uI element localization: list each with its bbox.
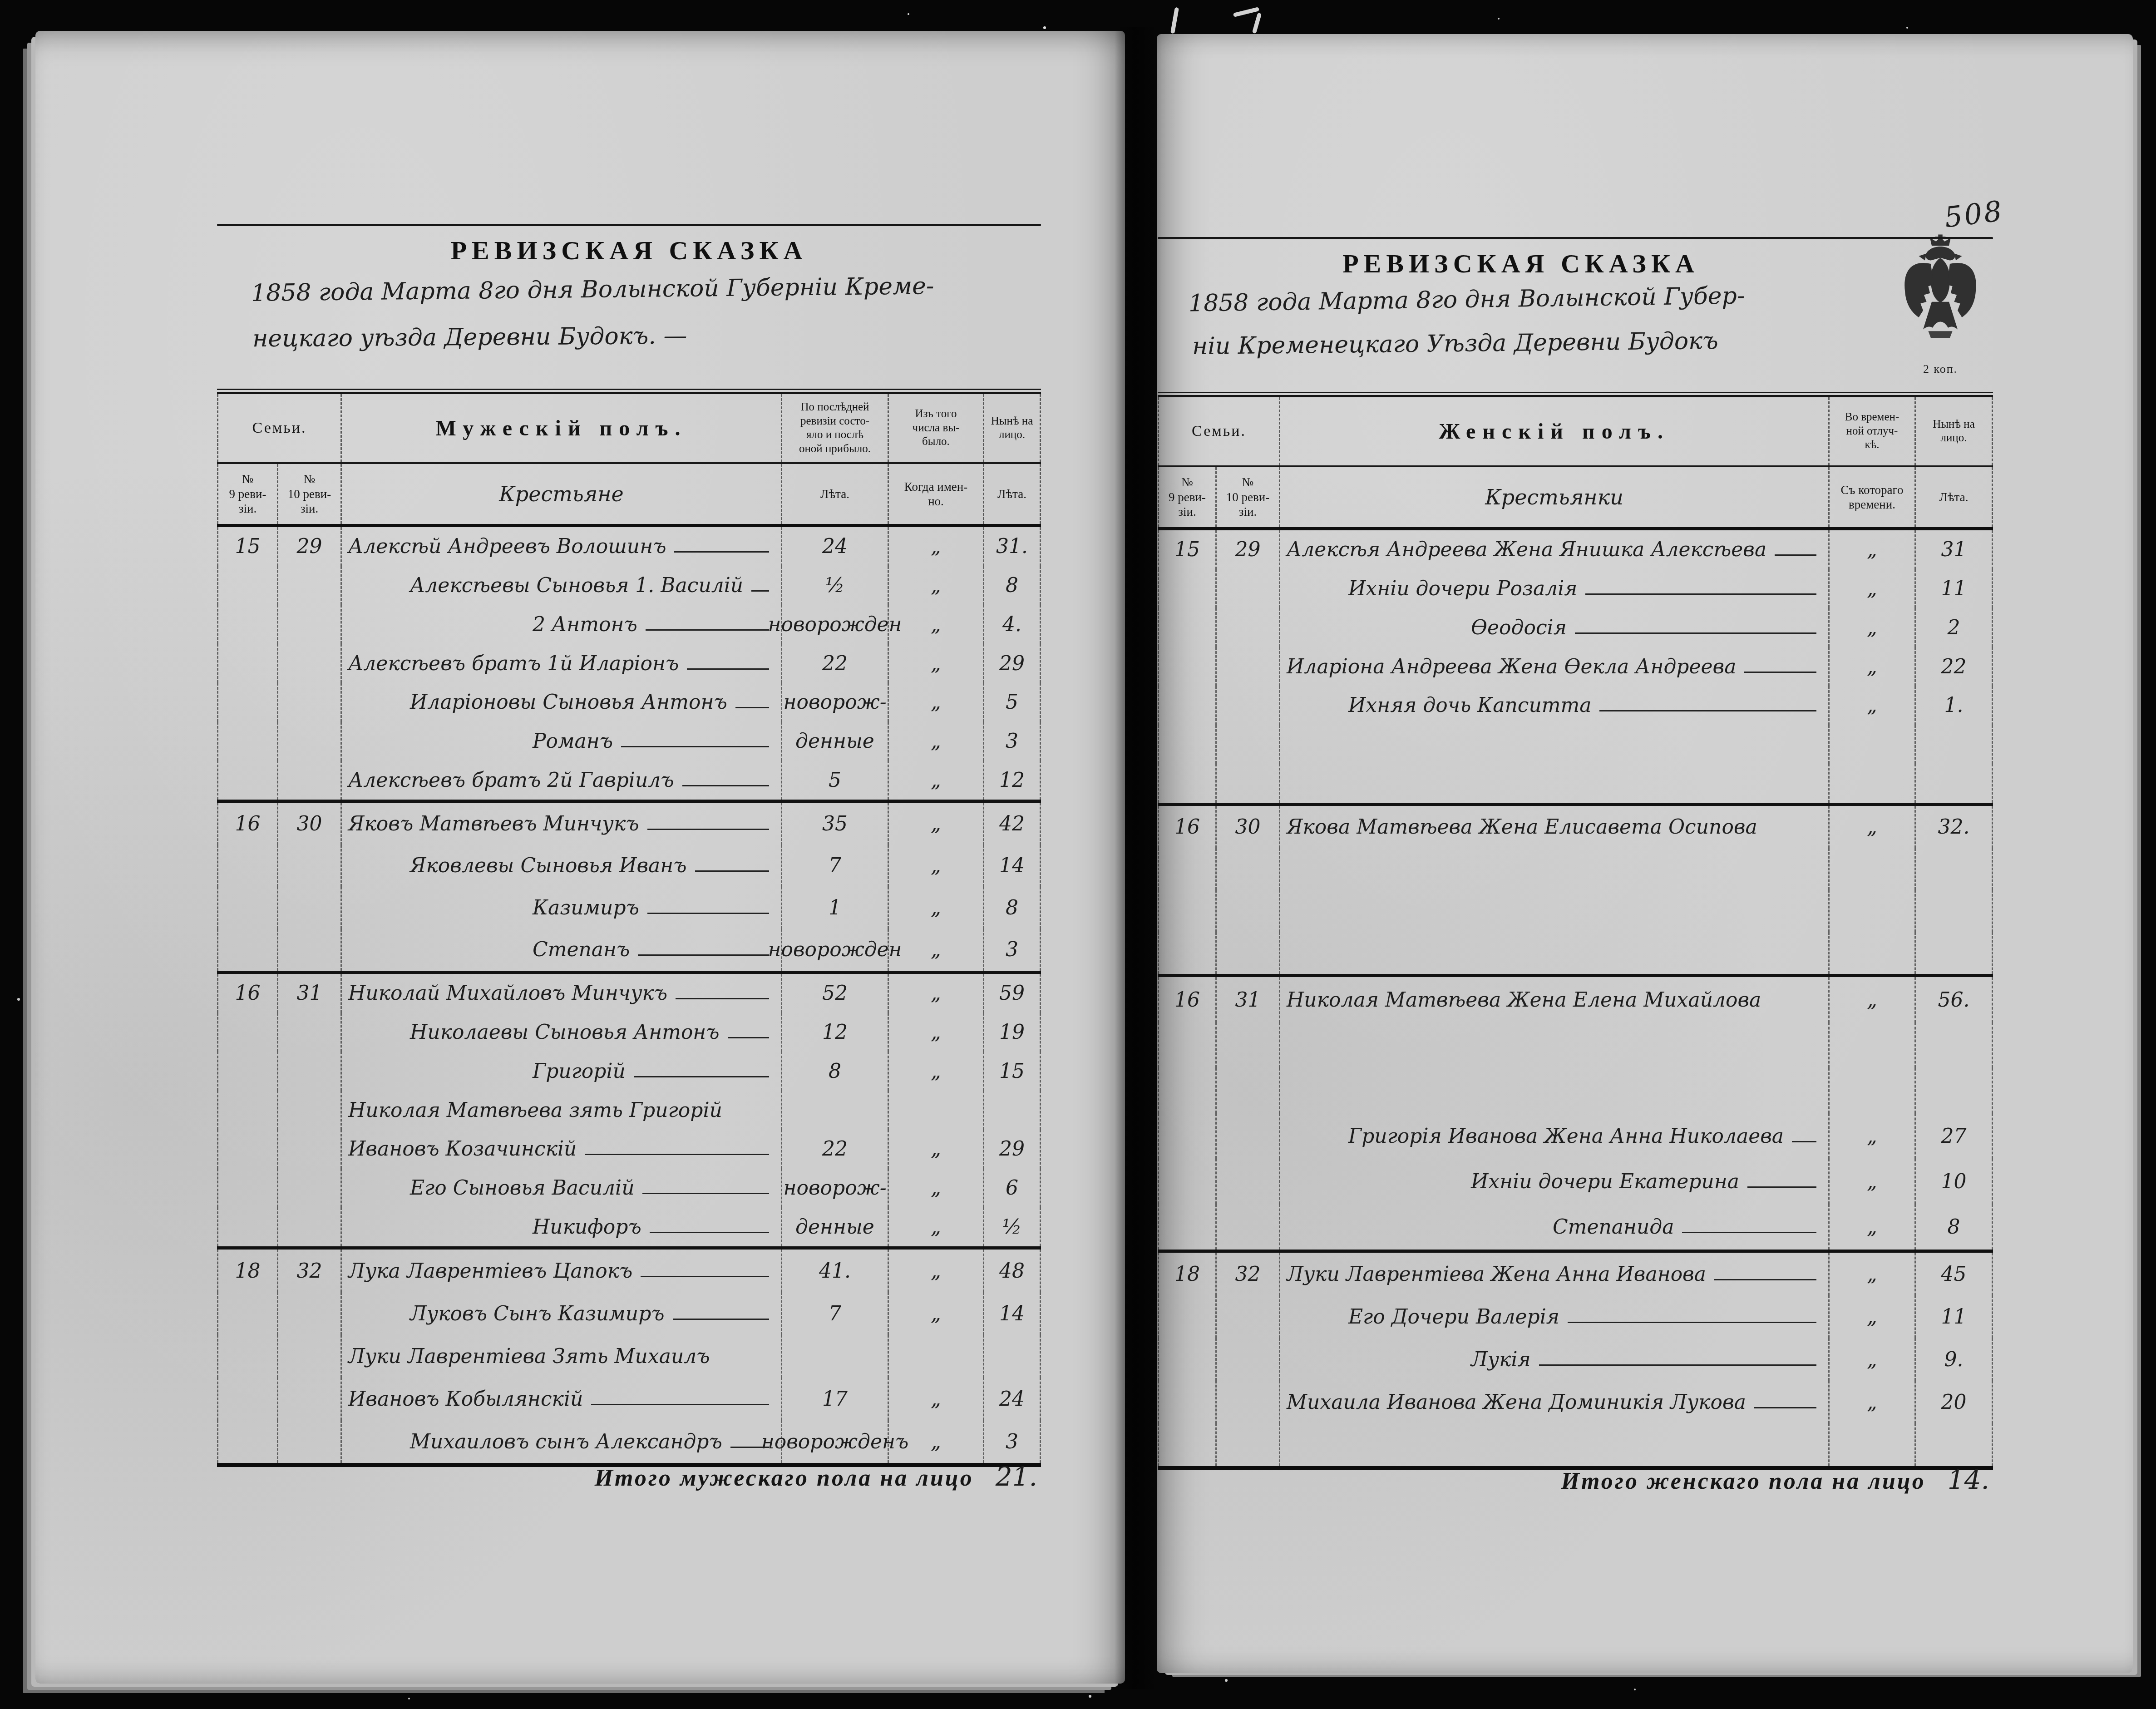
- male-total-row: Итого мужескаго пола на лицо 21.: [217, 1461, 1041, 1492]
- value-cell: ½: [984, 1207, 1041, 1246]
- person-name: Ихняя дочь Капситта: [1348, 694, 1591, 717]
- family-no-9th-revision: [1158, 1295, 1217, 1338]
- subcol-years: Лѣта.: [984, 464, 1041, 524]
- name-cell: Алексѣевъ братъ 2й Гавріилъ: [342, 761, 782, 800]
- person-row: Лукія„9.: [1158, 1338, 1993, 1381]
- family-no-10th-revision: [1217, 1295, 1280, 1338]
- person-row: Михаиловъ сынъ Александръноворожденъ„3: [217, 1420, 1041, 1463]
- family-no-9th-revision: [217, 1420, 278, 1463]
- name-cell: Николая Матвѣева Жена Елена Михайлова: [1280, 977, 1830, 1022]
- value-cell: 3: [984, 929, 1041, 971]
- value-cell: 22: [1916, 647, 1993, 686]
- family-no-9th-revision: [217, 887, 278, 929]
- family-no-9th-revision: [217, 1052, 278, 1091]
- family-no-9th-revision: 18: [217, 1250, 278, 1292]
- value-cell: [1916, 764, 1993, 803]
- name-cell: Григорій: [342, 1052, 782, 1091]
- value-cell: [1916, 890, 1993, 932]
- fill-rule: [638, 954, 769, 956]
- name-cell: Ивановъ Кобылянскій: [342, 1378, 782, 1420]
- value-cell: 8: [782, 1052, 889, 1091]
- value-cell: новорож-: [782, 683, 889, 722]
- person-name: Яковъ Матвѣевъ Минчукъ: [348, 812, 639, 835]
- family-no-10th-revision: [1217, 848, 1280, 890]
- dust-specks: [0, 0, 1, 1]
- family-no-10th-revision: [278, 1052, 342, 1091]
- value-cell: 14: [984, 1292, 1041, 1335]
- left-page: РЕВИЗСКАЯ СКАЗКА 1858 года Марта 8го дня…: [35, 31, 1125, 1684]
- value-cell: [984, 1091, 1041, 1130]
- person-row: Ѳеодосія„2: [1158, 608, 1993, 647]
- spacer-row: [1158, 1068, 1993, 1113]
- value-cell: 31: [1916, 530, 1993, 569]
- name-cell: Его Сыновья Василій: [342, 1169, 782, 1208]
- value-cell: [1830, 890, 1916, 932]
- person-row: 1631Николая Матвѣева Жена Елена Михайлов…: [1158, 977, 1993, 1022]
- name-cell: [1280, 1022, 1830, 1068]
- person-name: Никифоръ: [533, 1215, 641, 1239]
- value-cell: 35: [782, 803, 889, 845]
- family-no-9th-revision: [1158, 569, 1217, 608]
- heading-line-2: нецкаго уѣзда Деревни Будокъ. —: [252, 322, 687, 353]
- family-no-10th-revision: [1217, 1381, 1280, 1423]
- book-spine-shadow: [1115, 27, 1162, 1689]
- page-title: РЕВИЗСКАЯ СКАЗКА: [217, 235, 1041, 266]
- family-no-9th-revision: [217, 683, 278, 722]
- name-cell: Степанъ: [342, 929, 782, 971]
- family-no-10th-revision: [278, 1207, 342, 1246]
- subcol-when: Когда имен- но.: [889, 464, 984, 524]
- family-no-10th-revision: 32: [278, 1250, 342, 1292]
- family-no-10th-revision: [1217, 686, 1280, 725]
- family-no-10th-revision: [1217, 608, 1280, 647]
- value-cell: новорожденъ: [782, 1420, 889, 1463]
- family-no-10th-revision: [1217, 1204, 1280, 1250]
- fill-rule: [591, 1404, 769, 1405]
- subcol-9th-revision: № 9 реви- зіи.: [1158, 467, 1217, 527]
- person-name: Романъ: [533, 730, 613, 753]
- family-no-9th-revision: [1158, 1204, 1217, 1250]
- value-cell: [1830, 848, 1916, 890]
- family-no-10th-revision: [1217, 1113, 1280, 1159]
- person-name: Иларіона Андреева Жена Ѳекла Андреева: [1287, 655, 1736, 678]
- spacer-row: [1158, 1022, 1993, 1068]
- table-header: Семьи. Женскій полъ. Во времен- ной отлу…: [1158, 395, 1993, 530]
- family-no-10th-revision: [278, 845, 342, 887]
- value-cell: [1916, 848, 1993, 890]
- value-cell: „: [889, 929, 984, 971]
- person-name: Алексѣй Андреевъ Волошинъ: [348, 535, 666, 558]
- value-cell: 56.: [1916, 977, 1993, 1022]
- fill-rule: [735, 707, 769, 708]
- value-cell: 1.: [1916, 686, 1993, 725]
- name-cell: Ѳеодосія: [1280, 608, 1830, 647]
- family-no-9th-revision: [1158, 764, 1217, 803]
- person-name: Луки Лаврентіева Жена Анна Иванова: [1287, 1263, 1706, 1286]
- value-cell: 19: [984, 1013, 1041, 1052]
- family-no-9th-revision: 18: [1158, 1253, 1217, 1295]
- value-cell: 42: [984, 803, 1041, 845]
- fill-rule: [673, 1319, 769, 1320]
- chalk-mark: [1252, 13, 1262, 34]
- family-no-9th-revision: [217, 1207, 278, 1246]
- imperial-eagle-icon: [1897, 233, 1983, 366]
- family-block-32: 1832Луки Лаврентіева Жена Анна Иванова„4…: [1158, 1250, 1993, 1466]
- value-cell: 14: [984, 845, 1041, 887]
- value-cell: [1916, 725, 1993, 764]
- name-cell: Казимиръ: [342, 887, 782, 929]
- person-row: Ихняя дочь Капситта„1.: [1158, 686, 1993, 725]
- value-cell: 20: [1916, 1381, 1993, 1423]
- heading-line-2: ніи Кременецкаго Уѣзда Деревни Будокъ: [1192, 327, 1718, 360]
- fill-rule: [1744, 672, 1816, 673]
- family-no-10th-revision: [278, 1335, 342, 1378]
- value-cell: „: [889, 1207, 984, 1246]
- family-no-9th-revision: [1158, 1423, 1217, 1466]
- value-cell: „: [1830, 686, 1916, 725]
- name-cell: Луки Лаврентіева Зять Михаилъ: [342, 1335, 782, 1378]
- value-cell: 8: [984, 887, 1041, 929]
- name-cell: Его Дочери Валерія: [1280, 1295, 1830, 1338]
- col-families: Семьи.: [1158, 397, 1280, 465]
- value-cell: „: [889, 1169, 984, 1208]
- value-cell: „: [889, 605, 984, 644]
- spacer-row: [1158, 725, 1993, 764]
- family-no-9th-revision: [1158, 1338, 1217, 1381]
- table-body: 1529Алексѣй Андреевъ Волошинъ24„31.Алекс…: [217, 527, 1041, 1467]
- family-no-9th-revision: [1158, 608, 1217, 647]
- family-no-10th-revision: [278, 722, 342, 761]
- name-cell: Михаила Иванова Жена Доминикія Лукова: [1280, 1381, 1830, 1423]
- name-cell: Лукія: [1280, 1338, 1830, 1381]
- fill-rule: [1747, 1186, 1816, 1188]
- person-name: Алексѣевъ братъ 1й Иларіонъ: [348, 652, 679, 675]
- family-no-10th-revision: [278, 683, 342, 722]
- subcol-since-when: Съ котораго времени.: [1830, 467, 1916, 527]
- person-row: 1529Алексѣя Андреева Жена Янишка Алексѣе…: [1158, 530, 1993, 569]
- person-row: Луки Лаврентіева Зять Михаилъ: [217, 1335, 1041, 1378]
- value-cell: 27: [1916, 1113, 1993, 1159]
- value-cell: 48: [984, 1250, 1041, 1292]
- value-cell: [1830, 1022, 1916, 1068]
- value-cell: „: [889, 644, 984, 683]
- family-no-10th-revision: 30: [1217, 806, 1280, 848]
- value-cell: „: [1830, 1253, 1916, 1295]
- person-name: Луковъ Сынъ Казимиръ: [410, 1302, 665, 1325]
- family-no-9th-revision: [217, 1292, 278, 1335]
- fill-rule: [621, 746, 769, 747]
- person-row: Алексѣевъ братъ 2й Гавріилъ5„12: [217, 761, 1041, 800]
- name-cell: Луки Лаврентіева Жена Анна Иванова: [1280, 1253, 1830, 1295]
- person-row: Григорій8„15: [217, 1052, 1041, 1091]
- family-no-10th-revision: 29: [278, 527, 342, 566]
- name-cell: [1280, 890, 1830, 932]
- value-cell: 8: [1916, 1204, 1993, 1250]
- subcol-10th-revision: № 10 реви- зіи.: [1217, 467, 1280, 527]
- family-no-9th-revision: 16: [217, 974, 278, 1013]
- name-cell: Ихняя дочь Капситта: [1280, 686, 1830, 725]
- family-no-10th-revision: [278, 566, 342, 605]
- value-cell: 7: [782, 1292, 889, 1335]
- person-name: Степанъ: [533, 938, 630, 961]
- name-cell: Никифоръ: [342, 1207, 782, 1246]
- family-no-10th-revision: [1217, 1068, 1280, 1113]
- total-value: 21.: [996, 1461, 1037, 1492]
- value-cell: 22: [782, 644, 889, 683]
- family-no-9th-revision: 16: [217, 803, 278, 845]
- subcol-peasants: Крестьяне: [342, 464, 782, 524]
- value-cell: 45: [1916, 1253, 1993, 1295]
- family-no-9th-revision: [217, 1378, 278, 1420]
- fill-rule: [1754, 1407, 1816, 1408]
- value-cell: 24: [984, 1378, 1041, 1420]
- subcol-9th-revision: № 9 реви- зіи.: [217, 464, 278, 524]
- value-cell: 24: [782, 527, 889, 566]
- col-families: Семьи.: [217, 394, 342, 462]
- value-cell: 3: [984, 722, 1041, 761]
- family-no-10th-revision: [278, 1378, 342, 1420]
- family-no-10th-revision: 29: [1217, 530, 1280, 569]
- fill-rule: [650, 1232, 769, 1233]
- name-cell: Иларіоновы Сыновья Антонъ: [342, 683, 782, 722]
- total-value: 14.: [1948, 1464, 1989, 1495]
- family-no-10th-revision: 31: [1217, 977, 1280, 1022]
- value-cell: 29: [984, 1130, 1041, 1169]
- female-total-row: Итого женскаго пола на лицо 14.: [1158, 1464, 1993, 1495]
- value-cell: [1916, 1068, 1993, 1113]
- fill-rule: [1599, 710, 1816, 711]
- value-cell: 59: [984, 974, 1041, 1013]
- value-cell: „: [1830, 530, 1916, 569]
- value-cell: „: [1830, 1113, 1916, 1159]
- person-row: Яковлевы Сыновья Иванъ7„14: [217, 845, 1041, 887]
- name-cell: Григорія Иванова Жена Анна Николаева: [1280, 1113, 1830, 1159]
- fill-rule: [674, 551, 769, 553]
- value-cell: „: [1830, 1295, 1916, 1338]
- table-header: Семьи. Мужескій полъ. По послѣдней ревиз…: [217, 392, 1041, 527]
- family-block-29: 1529Алексѣй Андреевъ Волошинъ24„31.Алекс…: [217, 527, 1041, 800]
- value-cell: 3: [984, 1420, 1041, 1463]
- name-cell: Ивановъ Козачинскій: [342, 1130, 782, 1169]
- value-cell: „: [889, 1013, 984, 1052]
- name-cell: [1280, 932, 1830, 974]
- person-row: Николая Матвѣева зять Григорій: [217, 1091, 1041, 1130]
- subcol-years: Лѣта.: [1916, 467, 1993, 527]
- page-number: 508: [1943, 194, 2005, 234]
- person-name: Ѳеодосія: [1471, 616, 1567, 639]
- name-cell: [1280, 848, 1830, 890]
- family-no-10th-revision: [1217, 932, 1280, 974]
- person-name: Михаиловъ сынъ Александръ: [410, 1430, 722, 1453]
- family-block-31: 1631Николай Михайловъ Минчукъ52„59Никола…: [217, 971, 1041, 1246]
- value-cell: „: [1830, 647, 1916, 686]
- heading-line-1: 1858 года Марта 8го дня Волынской Губерн…: [251, 272, 934, 307]
- value-cell: „: [889, 1130, 984, 1169]
- value-cell: 9.: [1916, 1338, 1993, 1381]
- fill-rule: [1539, 1364, 1816, 1366]
- family-block-30: 1630Якова Матвѣева Жена Елисавета Осипов…: [1158, 803, 1993, 974]
- value-cell: денные: [782, 722, 889, 761]
- family-no-10th-revision: [278, 1130, 342, 1169]
- person-name: Ивановъ Козачинскій: [348, 1137, 577, 1161]
- value-cell: „: [1830, 806, 1916, 848]
- col-present: Нынѣ на лицо.: [1916, 397, 1993, 465]
- person-row: Ихніи дочери Розалія„11: [1158, 569, 1993, 608]
- family-no-9th-revision: [1158, 932, 1217, 974]
- page-title: РЕВИЗСКАЯ СКАЗКА: [1158, 248, 1884, 279]
- value-cell: 15: [984, 1052, 1041, 1091]
- family-no-9th-revision: [1158, 1381, 1217, 1423]
- value-cell: „: [1830, 1338, 1916, 1381]
- value-cell: ½: [782, 566, 889, 605]
- col-last-revision: По послѣдней ревизіи состо- яло и послѣ …: [782, 394, 889, 462]
- family-no-10th-revision: [1217, 1159, 1280, 1204]
- person-name: Иларіоновы Сыновья Антонъ: [410, 691, 727, 714]
- spacer-row: [1158, 932, 1993, 974]
- value-cell: „: [889, 887, 984, 929]
- person-name: Лука Лаврентіевъ Цапокъ: [348, 1260, 632, 1283]
- family-block-29: 1529Алексѣя Андреева Жена Янишка Алексѣе…: [1158, 530, 1993, 803]
- family-no-10th-revision: [278, 761, 342, 800]
- value-cell: [889, 1335, 984, 1378]
- person-row: Его Дочери Валерія„11: [1158, 1295, 1993, 1338]
- chalk-mark: [1233, 7, 1259, 17]
- family-no-9th-revision: [1158, 890, 1217, 932]
- family-no-9th-revision: [217, 929, 278, 971]
- table-body: 1529Алексѣя Андреева Жена Янишка Алексѣе…: [1158, 530, 1993, 1470]
- value-cell: „: [889, 1250, 984, 1292]
- family-no-10th-revision: [278, 887, 342, 929]
- value-cell: 5: [984, 683, 1041, 722]
- family-no-10th-revision: [278, 929, 342, 971]
- family-no-9th-revision: 16: [1158, 977, 1217, 1022]
- family-no-10th-revision: [1217, 569, 1280, 608]
- value-cell: „: [889, 683, 984, 722]
- name-cell: Иларіона Андреева Жена Ѳекла Андреева: [1280, 647, 1830, 686]
- value-cell: [1916, 1022, 1993, 1068]
- spacer-row: [1158, 848, 1993, 890]
- family-no-10th-revision: [278, 1420, 342, 1463]
- person-name: Его Сыновья Василій: [410, 1176, 634, 1200]
- name-cell: Николай Михайловъ Минчукъ: [342, 974, 782, 1013]
- female-revision-table: Семьи. Женскій полъ. Во времен- ной отлу…: [1158, 395, 1993, 1470]
- revenue-stamp: 2 коп.: [1895, 233, 1986, 376]
- value-cell: новорожден: [782, 605, 889, 644]
- name-cell: Алексѣя Андреева Жена Янишка Алексѣева: [1280, 530, 1830, 569]
- name-cell: Яковъ Матвѣевъ Минчукъ: [342, 803, 782, 845]
- person-row: Никифоръденные„½: [217, 1207, 1041, 1246]
- value-cell: [782, 1091, 889, 1130]
- person-row: Луковъ Сынъ Казимиръ7„14: [217, 1292, 1041, 1335]
- family-no-9th-revision: [1158, 725, 1217, 764]
- family-no-10th-revision: [1217, 1338, 1280, 1381]
- total-label: Итого мужескаго пола на лицо: [595, 1465, 974, 1492]
- family-no-9th-revision: [217, 566, 278, 605]
- person-name: Алексѣевъ братъ 2й Гавріилъ: [348, 769, 674, 792]
- value-cell: 12: [782, 1013, 889, 1052]
- person-row: Николаевы Сыновья Антонъ12„19: [217, 1013, 1041, 1052]
- value-cell: „: [889, 1378, 984, 1420]
- person-row: Казимиръ1„8: [217, 887, 1041, 929]
- person-name: Николаевы Сыновья Антонъ: [410, 1021, 720, 1044]
- value-cell: „: [1830, 1159, 1916, 1204]
- family-no-9th-revision: [217, 1013, 278, 1052]
- person-row: Ивановъ Кобылянскій17„24: [217, 1378, 1041, 1420]
- fill-rule: [751, 590, 769, 592]
- value-cell: [1830, 1068, 1916, 1113]
- col-present: Нынѣ на лицо.: [984, 394, 1041, 462]
- name-cell: Алексѣевъ братъ 1й Иларіонъ: [342, 644, 782, 683]
- family-no-9th-revision: [217, 644, 278, 683]
- family-no-10th-revision: [278, 605, 342, 644]
- family-no-10th-revision: [1217, 764, 1280, 803]
- value-cell: „: [1830, 1381, 1916, 1423]
- person-name: Ивановъ Кобылянскій: [348, 1388, 583, 1411]
- family-no-10th-revision: [278, 1091, 342, 1130]
- value-cell: 41.: [782, 1250, 889, 1292]
- name-cell: Степанида: [1280, 1204, 1830, 1250]
- value-cell: „: [889, 722, 984, 761]
- value-cell: „: [1830, 569, 1916, 608]
- value-cell: 2: [1916, 608, 1993, 647]
- person-name: Алексѣя Андреева Жена Янишка Алексѣева: [1287, 538, 1766, 561]
- family-no-9th-revision: [1158, 647, 1217, 686]
- heading-line-1: 1858 года Марта 8го дня Волынской Губер-: [1189, 282, 1745, 317]
- spacer-row: [1158, 890, 1993, 932]
- fill-rule: [642, 1193, 769, 1194]
- name-cell: Ихніи дочери Екатерина: [1280, 1159, 1830, 1204]
- person-row: Его Сыновья Василійноворож-„6: [217, 1169, 1041, 1208]
- name-cell: Николая Матвѣева зять Григорій: [342, 1091, 782, 1130]
- subcol-10th-revision: № 10 реви- зіи.: [278, 464, 342, 524]
- family-no-9th-revision: 15: [1158, 530, 1217, 569]
- value-cell: 29: [984, 644, 1041, 683]
- value-cell: 4.: [984, 605, 1041, 644]
- col-departed: Изъ того числа вы- было.: [889, 394, 984, 462]
- fill-rule: [730, 1447, 769, 1448]
- person-row: 1832Лука Лаврентіевъ Цапокъ41.„48: [217, 1250, 1041, 1292]
- person-row: Степанъноворожден„3: [217, 929, 1041, 971]
- family-block-32: 1832Лука Лаврентіевъ Цапокъ41.„48Луковъ …: [217, 1246, 1041, 1463]
- value-cell: 22: [782, 1130, 889, 1169]
- fill-rule: [1792, 1141, 1816, 1142]
- family-no-9th-revision: [217, 761, 278, 800]
- name-cell: Ихніи дочери Розалія: [1280, 569, 1830, 608]
- family-no-9th-revision: [217, 1091, 278, 1130]
- value-cell: 32.: [1916, 806, 1993, 848]
- name-cell: Алексѣй Андреевъ Волошинъ: [342, 527, 782, 566]
- name-cell: 2 Антонъ: [342, 605, 782, 644]
- person-name: 2 Антонъ: [533, 613, 637, 636]
- person-row: 1832Луки Лаврентіева Жена Анна Иванова„4…: [1158, 1253, 1993, 1295]
- family-no-9th-revision: 15: [217, 527, 278, 566]
- spacer-row: [1158, 764, 1993, 803]
- fill-rule: [641, 1276, 769, 1277]
- person-row: Иларіоновы Сыновья Антонъноворож-„5: [217, 683, 1041, 722]
- spacer-row: [1158, 1423, 1993, 1466]
- person-row: Ихніи дочери Екатерина„10: [1158, 1159, 1993, 1204]
- person-row: Иларіона Андреева Жена Ѳекла Андреева„22: [1158, 647, 1993, 686]
- name-cell: Николаевы Сыновья Антонъ: [342, 1013, 782, 1052]
- family-no-10th-revision: [278, 1292, 342, 1335]
- value-cell: „: [889, 566, 984, 605]
- family-no-10th-revision: [1217, 1022, 1280, 1068]
- person-row: 2 Антонъноворожден„4.: [217, 605, 1041, 644]
- subcol-peasant-women: Крестьянки: [1280, 467, 1830, 527]
- value-cell: „: [1830, 608, 1916, 647]
- family-no-10th-revision: 31: [278, 974, 342, 1013]
- fill-rule: [1575, 632, 1816, 634]
